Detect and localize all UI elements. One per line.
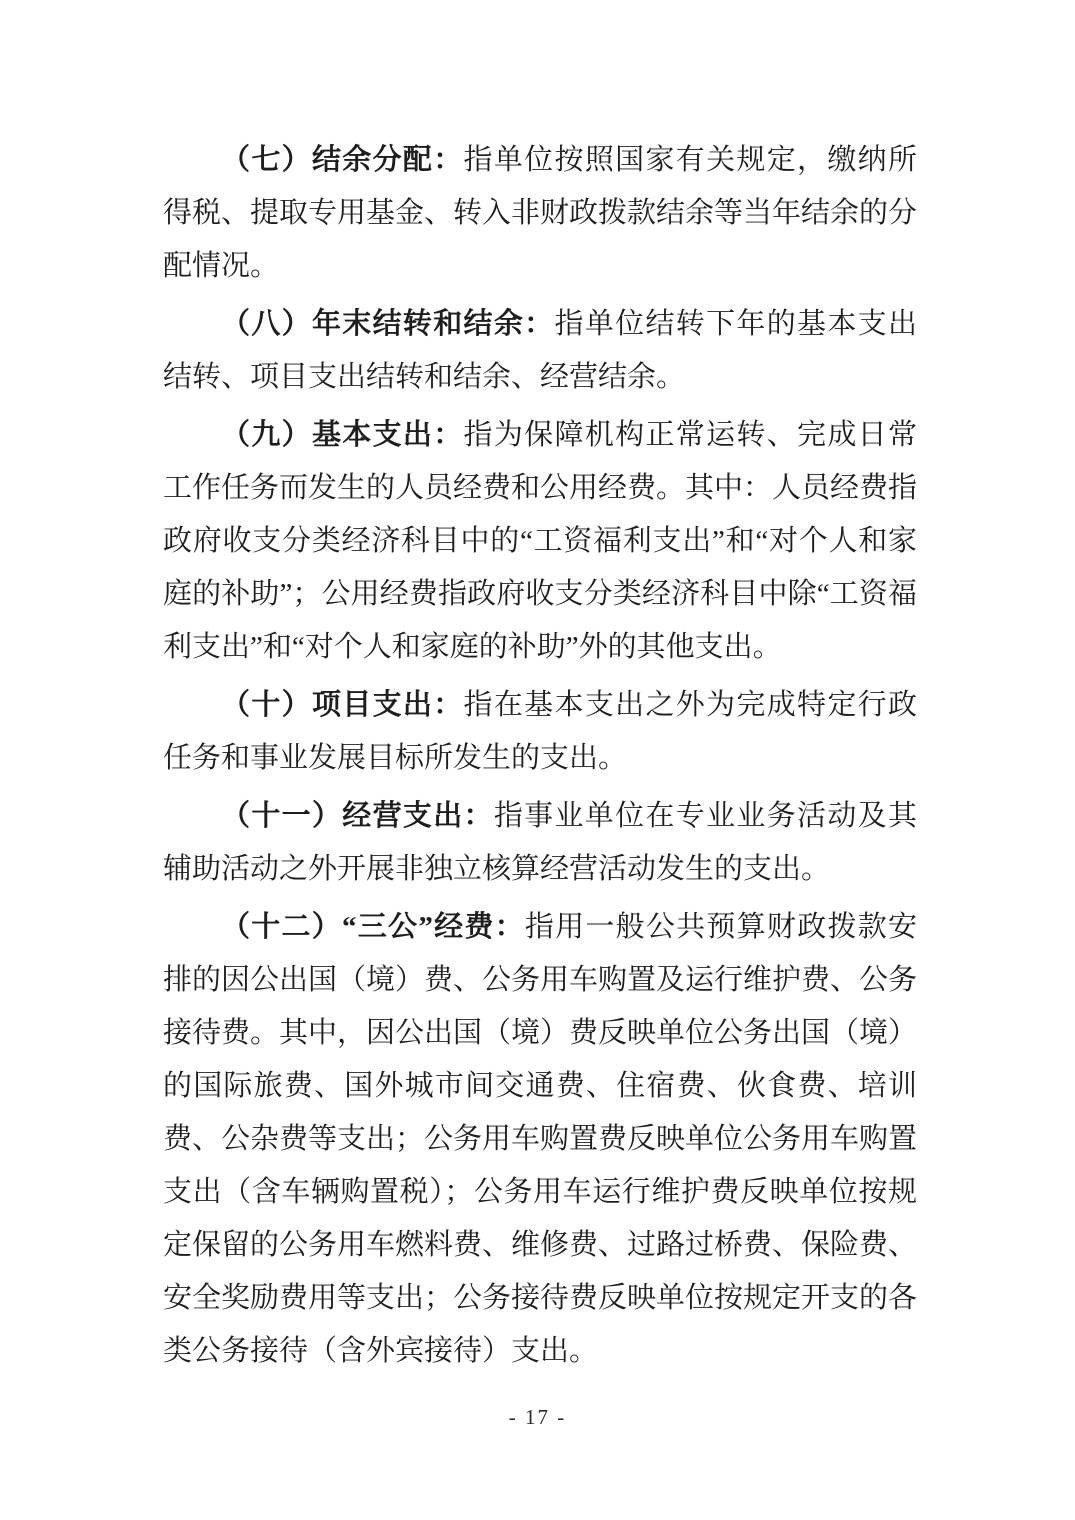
- paragraph-basic-expenditure: （九）基本支出：指为保障机构正常运转、完成日常工作任务而发生的人员经费和公用经费…: [163, 409, 917, 674]
- document-body: （七）结余分配：指单位按照国家有关规定，缴纳所得税、提取专用基金、转入非财政拨款…: [163, 134, 917, 1378]
- paragraph-text: 指用一般公共预算财政拨款安排的因公出国（境）费、公务用车购置及运行维护费、公务接…: [163, 911, 917, 1367]
- paragraph-operating-expenditure: （十一）经营支出：指事业单位在专业业务活动及其辅助活动之外开展非独立核算经营活动…: [163, 790, 917, 896]
- term-label: （十一）经营支出：: [221, 800, 494, 832]
- page-number: - 17 -: [0, 1405, 1075, 1430]
- paragraph-yearend-carryover: （八）年末结转和结余：指单位结转下年的基本支出结转、项目支出结转和结余、经营结余…: [163, 298, 917, 404]
- paragraph-project-expenditure: （十）项目支出：指在基本支出之外为完成特定行政任务和事业发展目标所发生的支出。: [163, 679, 917, 785]
- term-label: （十）项目支出：: [221, 689, 464, 721]
- term-label: （九）基本支出：: [221, 419, 464, 451]
- paragraph-surplus-distribution: （七）结余分配：指单位按照国家有关规定，缴纳所得税、提取专用基金、转入非财政拨款…: [163, 134, 917, 293]
- term-label: （八）年末结转和结余：: [221, 308, 555, 340]
- document-page: （七）结余分配：指单位按照国家有关规定，缴纳所得税、提取专用基金、转入非财政拨款…: [0, 0, 1075, 1520]
- paragraph-text: 指为保障机构正常运转、完成日常工作任务而发生的人员经费和公用经费。其中：人员经费…: [163, 419, 917, 663]
- term-label: （七）结余分配：: [221, 144, 464, 176]
- term-label: （十二）“三公”经费：: [221, 911, 525, 943]
- paragraph-three-public-funds: （十二）“三公”经费：指用一般公共预算财政拨款安排的因公出国（境）费、公务用车购…: [163, 901, 917, 1378]
